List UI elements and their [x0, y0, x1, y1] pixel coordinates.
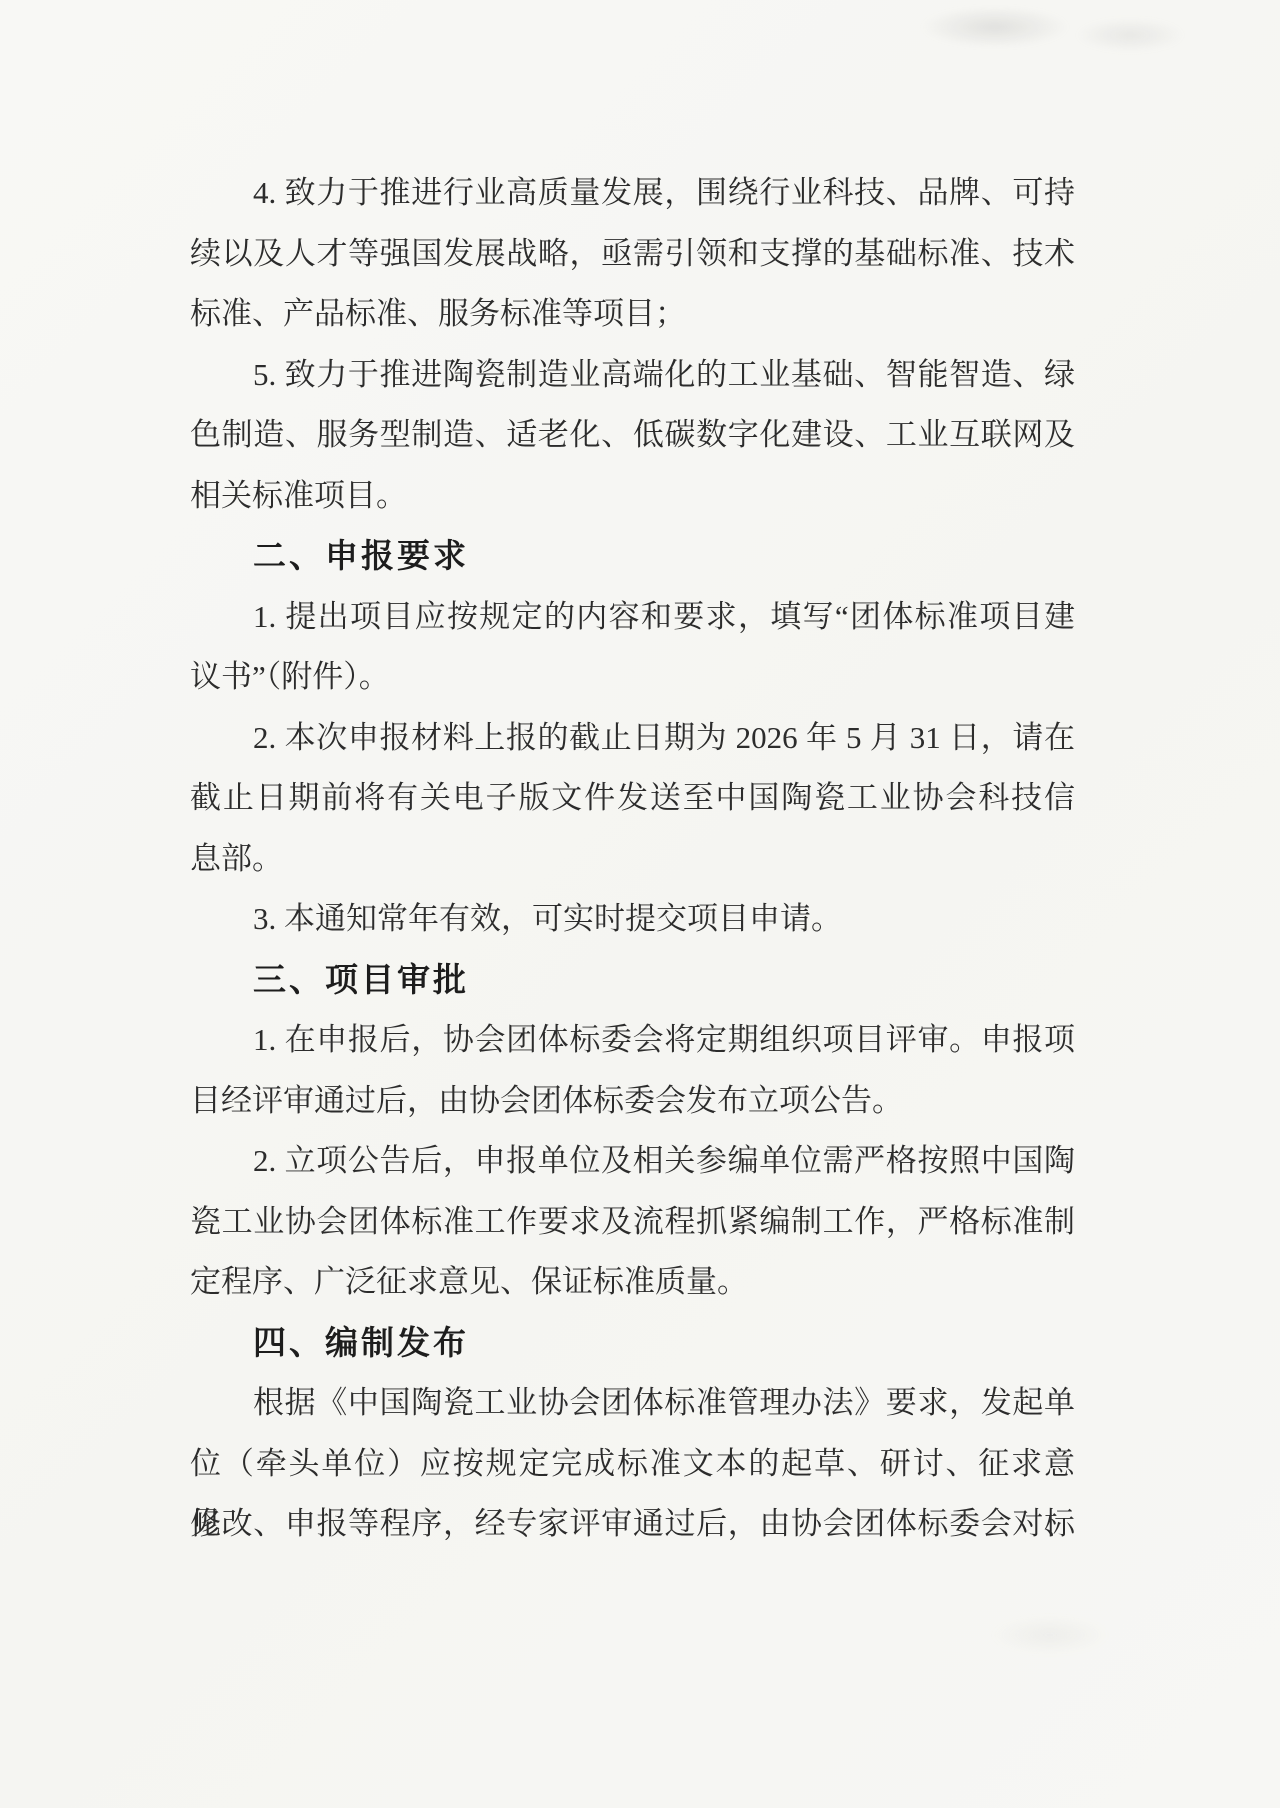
document-page: 4. 致力于推进行业高质量发展，围绕行业科技、品牌、可持 续以及人才等强国发展战… [0, 0, 1280, 1808]
paragraph-line: 相关标准项目。 [190, 466, 1075, 527]
paragraph-line: 2. 立项公告后，申报单位及相关参编单位需严格按照中国陶 [190, 1131, 1075, 1192]
paragraph-line: 息部。 [190, 829, 1075, 890]
paragraph-line: 根据《中国陶瓷工业协会团体标准管理办法》要求，发起单 [190, 1373, 1075, 1434]
document-text-block: 4. 致力于推进行业高质量发展，围绕行业科技、品牌、可持 续以及人才等强国发展战… [190, 163, 1075, 1555]
paragraph-line: 定程序、广泛征求意见、保证标准质量。 [190, 1252, 1075, 1313]
paragraph-line: 2. 本次申报材料上报的截止日期为 2026 年 5 月 31 日，请在 [190, 708, 1075, 769]
section-heading-compilation-release: 四、编制发布 [190, 1313, 1075, 1374]
paragraph-line: 1. 在申报后，协会团体标委会将定期组织项目评审。申报项 [190, 1010, 1075, 1071]
paragraph-line: 色制造、服务型制造、适老化、低碳数字化建设、工业互联网及 [190, 405, 1075, 466]
paragraph-line: 修改、申报等程序，经专家评审通过后，由协会团体标委会对标 [190, 1494, 1075, 1555]
scan-smudge [1075, 18, 1185, 52]
paragraph-line: 议书”（附件）。 [190, 647, 1075, 708]
paragraph-line: 1. 提出项目应按规定的内容和要求，填写“团体标准项目建 [190, 587, 1075, 648]
scan-smudge [920, 6, 1070, 48]
scanned-document: { "page": { "background_color": "#f6f6f3… [0, 0, 1280, 1808]
section-heading-application-requirements: 二、申报要求 [190, 526, 1075, 587]
paragraph-line: 续以及人才等强国发展战略，亟需引领和支撑的基础标准、技术 [190, 224, 1075, 285]
paragraph-line: 标准、产品标准、服务标准等项目； [190, 284, 1075, 345]
paragraph-line: 4. 致力于推进行业高质量发展，围绕行业科技、品牌、可持 [190, 163, 1075, 224]
scan-smudge [990, 1615, 1110, 1655]
paragraph-line: 3. 本通知常年有效，可实时提交项目申请。 [190, 889, 1075, 950]
paragraph-line: 位（牵头单位）应按规定完成标准文本的起草、研讨、征求意见、 [190, 1434, 1075, 1495]
paragraph-line: 瓷工业协会团体标准工作要求及流程抓紧编制工作，严格标准制 [190, 1192, 1075, 1253]
section-heading-project-approval: 三、项目审批 [190, 950, 1075, 1011]
paragraph-line: 5. 致力于推进陶瓷制造业高端化的工业基础、智能智造、绿 [190, 345, 1075, 406]
paragraph-line: 截止日期前将有关电子版文件发送至中国陶瓷工业协会科技信 [190, 768, 1075, 829]
paragraph-line: 目经评审通过后，由协会团体标委会发布立项公告。 [190, 1071, 1075, 1132]
